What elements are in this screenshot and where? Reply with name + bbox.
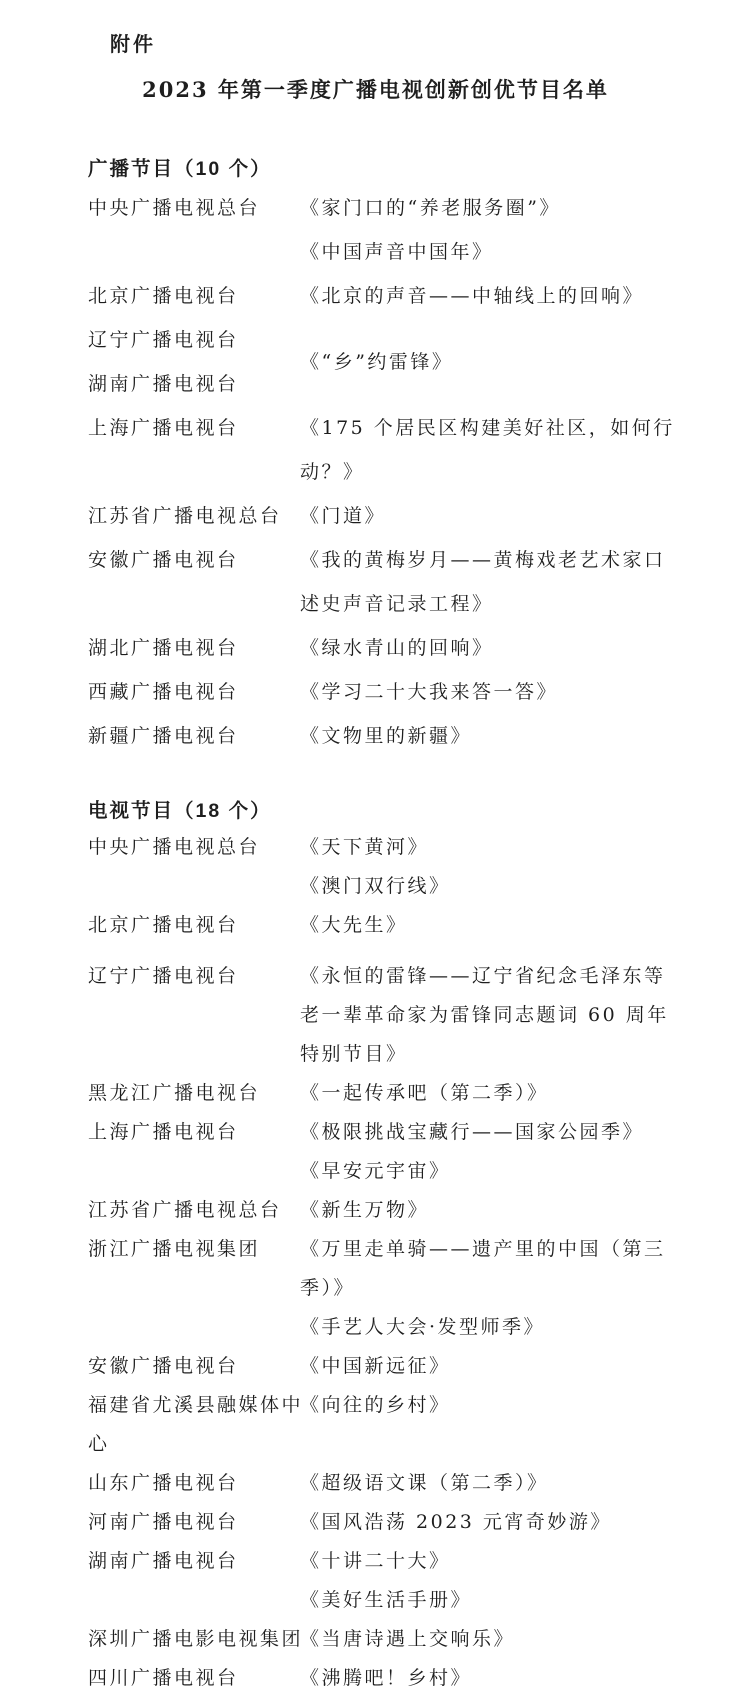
program-titles-cell: 《中国新远征》 <box>300 1347 693 1386</box>
program-row: 山东广播电视台《超级语文课（第二季）》 <box>88 1464 693 1503</box>
program-row: 北京广播电视台《大先生》 <box>88 906 693 945</box>
organization-cell: 中央广播电视总台 <box>88 828 300 906</box>
program-title-line: 特别节目》 <box>300 1035 693 1074</box>
program-row: 安徽广播电视台《我的黄梅岁月——黄梅戏老艺术家口述史声音记录工程》 <box>88 538 693 626</box>
organization-name: 北京广播电视台 <box>88 906 300 945</box>
program-title-line: 《175 个居民区构建美好社区，如何行 <box>300 406 693 450</box>
program-titles-cell: 《学习二十大我来答一答》 <box>300 670 693 714</box>
program-section: 电视节目（18 个） 中央广播电视总台《天下黄河》《澳门双行线》北京广播电视台《… <box>88 796 693 1698</box>
organization-name: 辽宁广播电视台 <box>88 318 300 362</box>
program-title-line: 动？》 <box>300 450 693 494</box>
organization-name: 福建省尤溪县融媒体中 <box>88 1386 300 1425</box>
organization-name: 安徽广播电视台 <box>88 538 300 582</box>
program-titles-cell: 《175 个居民区构建美好社区，如何行动？》 <box>300 406 693 494</box>
program-row: 四川广播电视台《沸腾吧！乡村》 <box>88 1659 693 1698</box>
section-rows: 中央广播电视总台《家门口的“养老服务圈”》《中国声音中国年》北京广播电视台《北京… <box>88 186 693 758</box>
organization-name: 湖北广播电视台 <box>88 626 300 670</box>
organization-cell: 山东广播电视台 <box>88 1464 300 1503</box>
organization-cell: 新疆广播电视台 <box>88 714 300 758</box>
organization-name: 四川广播电视台 <box>88 1659 300 1698</box>
section-heading: 广播节目（10 个） <box>88 154 693 184</box>
organization-cell: 江苏省广播电视总台 <box>88 1191 300 1230</box>
program-title-line: 《万里走单骑——遗产里的中国（第三 <box>300 1230 693 1269</box>
program-row: 浙江广播电视集团《万里走单骑——遗产里的中国（第三季）》《手艺人大会·发型师季》 <box>88 1230 693 1347</box>
program-title-line: 《澳门双行线》 <box>300 867 693 906</box>
organization-cell: 黑龙江广播电视台 <box>88 1074 300 1113</box>
program-title-line: 《美好生活手册》 <box>300 1581 693 1620</box>
program-titles-cell: 《门道》 <box>300 494 693 538</box>
program-row: 辽宁广播电视台湖南广播电视台《“乡”约雷锋》 <box>88 318 693 406</box>
program-titles-cell: 《国风浩荡 2023 元宵奇妙游》 <box>300 1503 693 1542</box>
organization-cell: 安徽广播电视台 <box>88 538 300 626</box>
program-title-line: 《家门口的“养老服务圈”》 <box>300 186 693 230</box>
program-titles-cell: 《极限挑战宝藏行——国家公园季》《早安元宇宙》 <box>300 1113 693 1191</box>
organization-cell: 湖南广播电视台 <box>88 1542 300 1620</box>
program-row: 湖南广播电视台《十讲二十大》《美好生活手册》 <box>88 1542 693 1620</box>
program-row: 安徽广播电视台《中国新远征》 <box>88 1347 693 1386</box>
program-row: 辽宁广播电视台《永恒的雷锋——辽宁省纪念毛泽东等老一辈革命家为雷锋同志题词 60… <box>88 957 693 1074</box>
organization-cell: 福建省尤溪县融媒体中心 <box>88 1386 300 1464</box>
program-titles-cell: 《当唐诗遇上交响乐》 <box>300 1620 693 1659</box>
program-row: 深圳广播电影电视集团《当唐诗遇上交响乐》 <box>88 1620 693 1659</box>
program-titles-cell: 《向往的乡村》 <box>300 1386 693 1464</box>
program-row: 福建省尤溪县融媒体中心《向往的乡村》 <box>88 1386 693 1464</box>
organization-cell: 湖北广播电视台 <box>88 626 300 670</box>
organization-cell: 河南广播电视台 <box>88 1503 300 1542</box>
program-title-line: 《极限挑战宝藏行——国家公园季》 <box>300 1113 693 1152</box>
organization-cell: 中央广播电视总台 <box>88 186 300 274</box>
organization-cell: 上海广播电视台 <box>88 1113 300 1191</box>
organization-name: 中央广播电视总台 <box>88 186 300 230</box>
annex-label: 附件 <box>110 30 693 60</box>
program-title-line: 老一辈革命家为雷锋同志题词 60 周年 <box>300 996 693 1035</box>
program-title-line: 《早安元宇宙》 <box>300 1152 693 1191</box>
program-titles-cell: 《一起传承吧（第二季）》 <box>300 1074 693 1113</box>
program-title-line: 《“乡”约雷锋》 <box>300 340 693 384</box>
organization-cell: 北京广播电视台 <box>88 274 300 318</box>
program-title-line: 《十讲二十大》 <box>300 1542 693 1581</box>
program-row: 江苏省广播电视总台《新生万物》 <box>88 1191 693 1230</box>
section-rows: 中央广播电视总台《天下黄河》《澳门双行线》北京广播电视台《大先生》辽宁广播电视台… <box>88 828 693 1698</box>
program-row: 上海广播电视台《极限挑战宝藏行——国家公园季》《早安元宇宙》 <box>88 1113 693 1191</box>
organization-name: 西藏广播电视台 <box>88 670 300 714</box>
program-titles-cell: 《天下黄河》《澳门双行线》 <box>300 828 693 906</box>
program-titles-cell: 《万里走单骑——遗产里的中国（第三季）》《手艺人大会·发型师季》 <box>300 1230 693 1347</box>
organization-name: 中央广播电视总台 <box>88 828 300 867</box>
program-title-line: 《北京的声音——中轴线上的回响》 <box>300 274 693 318</box>
organization-cell: 北京广播电视台 <box>88 906 300 945</box>
organization-name: 河南广播电视台 <box>88 1503 300 1542</box>
program-row: 中央广播电视总台《天下黄河》《澳门双行线》 <box>88 828 693 906</box>
document-title: 2023 年第一季度广播电视创新创优节目名单 <box>0 72 751 108</box>
program-title-line: 《新生万物》 <box>300 1191 693 1230</box>
organization-cell: 辽宁广播电视台 <box>88 957 300 1074</box>
program-title-line: 《超级语文课（第二季）》 <box>300 1464 693 1503</box>
program-row: 河南广播电视台《国风浩荡 2023 元宵奇妙游》 <box>88 1503 693 1542</box>
program-title-line: 《中国新远征》 <box>300 1347 693 1386</box>
program-title-line: 《向往的乡村》 <box>300 1386 693 1425</box>
program-title-line: 述史声音记录工程》 <box>300 582 693 626</box>
program-titles-cell: 《沸腾吧！乡村》 <box>300 1659 693 1698</box>
organization-name: 江苏省广播电视总台 <box>88 494 300 538</box>
organization-name: 江苏省广播电视总台 <box>88 1191 300 1230</box>
organization-name: 安徽广播电视台 <box>88 1347 300 1386</box>
program-titles-cell: 《大先生》 <box>300 906 693 945</box>
organization-cell: 江苏省广播电视总台 <box>88 494 300 538</box>
program-titles-cell: 《北京的声音——中轴线上的回响》 <box>300 274 693 318</box>
program-titles-cell: 《我的黄梅岁月——黄梅戏老艺术家口述史声音记录工程》 <box>300 538 693 626</box>
program-title-line: 《天下黄河》 <box>300 828 693 867</box>
organization-name: 黑龙江广播电视台 <box>88 1074 300 1113</box>
organization-name: 湖南广播电视台 <box>88 362 300 406</box>
program-row: 中央广播电视总台《家门口的“养老服务圈”》《中国声音中国年》 <box>88 186 693 274</box>
program-titles-cell: 《“乡”约雷锋》 <box>300 318 693 406</box>
organization-name: 浙江广播电视集团 <box>88 1230 300 1269</box>
organization-name: 上海广播电视台 <box>88 406 300 450</box>
organization-name: 上海广播电视台 <box>88 1113 300 1152</box>
program-title-line: 《门道》 <box>300 494 693 538</box>
organization-cell: 安徽广播电视台 <box>88 1347 300 1386</box>
program-titles-cell: 《十讲二十大》《美好生活手册》 <box>300 1542 693 1620</box>
organization-cell: 深圳广播电影电视集团 <box>88 1620 300 1659</box>
organization-name: 心 <box>88 1425 300 1464</box>
organization-name: 湖南广播电视台 <box>88 1542 300 1581</box>
organization-name: 新疆广播电视台 <box>88 714 300 758</box>
sections: 广播节目（10 个） 中央广播电视总台《家门口的“养老服务圈”》《中国声音中国年… <box>88 154 693 1698</box>
program-title-line: 《大先生》 <box>300 906 693 945</box>
organization-cell: 上海广播电视台 <box>88 406 300 494</box>
program-titles-cell: 《永恒的雷锋——辽宁省纪念毛泽东等老一辈革命家为雷锋同志题词 60 周年特别节目… <box>300 957 693 1074</box>
program-title-line: 《永恒的雷锋——辽宁省纪念毛泽东等 <box>300 957 693 996</box>
program-titles-cell: 《新生万物》 <box>300 1191 693 1230</box>
program-row: 上海广播电视台《175 个居民区构建美好社区，如何行动？》 <box>88 406 693 494</box>
organization-cell: 辽宁广播电视台湖南广播电视台 <box>88 318 300 406</box>
program-title-line: 《当唐诗遇上交响乐》 <box>300 1620 693 1659</box>
organization-cell: 西藏广播电视台 <box>88 670 300 714</box>
program-titles-cell: 《家门口的“养老服务圈”》《中国声音中国年》 <box>300 186 693 274</box>
program-title-line: 季）》 <box>300 1269 693 1308</box>
program-title-line: 《绿水青山的回响》 <box>300 626 693 670</box>
program-title-line: 《我的黄梅岁月——黄梅戏老艺术家口 <box>300 538 693 582</box>
program-section: 广播节目（10 个） 中央广播电视总台《家门口的“养老服务圈”》《中国声音中国年… <box>88 154 693 758</box>
program-titles-cell: 《文物里的新疆》 <box>300 714 693 758</box>
program-titles-cell: 《超级语文课（第二季）》 <box>300 1464 693 1503</box>
organization-name: 深圳广播电影电视集团 <box>88 1620 300 1659</box>
program-title-line: 《国风浩荡 2023 元宵奇妙游》 <box>300 1503 693 1542</box>
program-titles-cell: 《绿水青山的回响》 <box>300 626 693 670</box>
program-row: 西藏广播电视台《学习二十大我来答一答》 <box>88 670 693 714</box>
program-title-line: 《沸腾吧！乡村》 <box>300 1659 693 1698</box>
program-title-line: 《一起传承吧（第二季）》 <box>300 1074 693 1113</box>
program-row: 新疆广播电视台《文物里的新疆》 <box>88 714 693 758</box>
organization-cell: 四川广播电视台 <box>88 1659 300 1698</box>
program-title-line: 《手艺人大会·发型师季》 <box>300 1308 693 1347</box>
scanned-document-page: 附件 2023 年第一季度广播电视创新创优节目名单 广播节目（10 个） 中央广… <box>0 0 751 1698</box>
organization-name: 辽宁广播电视台 <box>88 957 300 996</box>
organization-cell: 浙江广播电视集团 <box>88 1230 300 1347</box>
section-heading: 电视节目（18 个） <box>88 796 693 826</box>
program-title-line: 《中国声音中国年》 <box>300 230 693 274</box>
organization-name: 山东广播电视台 <box>88 1464 300 1503</box>
organization-name: 北京广播电视台 <box>88 274 300 318</box>
program-row: 黑龙江广播电视台《一起传承吧（第二季）》 <box>88 1074 693 1113</box>
program-row: 北京广播电视台《北京的声音——中轴线上的回响》 <box>88 274 693 318</box>
program-row: 江苏省广播电视总台《门道》 <box>88 494 693 538</box>
program-title-line: 《学习二十大我来答一答》 <box>300 670 693 714</box>
program-row: 湖北广播电视台《绿水青山的回响》 <box>88 626 693 670</box>
program-title-line: 《文物里的新疆》 <box>300 714 693 758</box>
